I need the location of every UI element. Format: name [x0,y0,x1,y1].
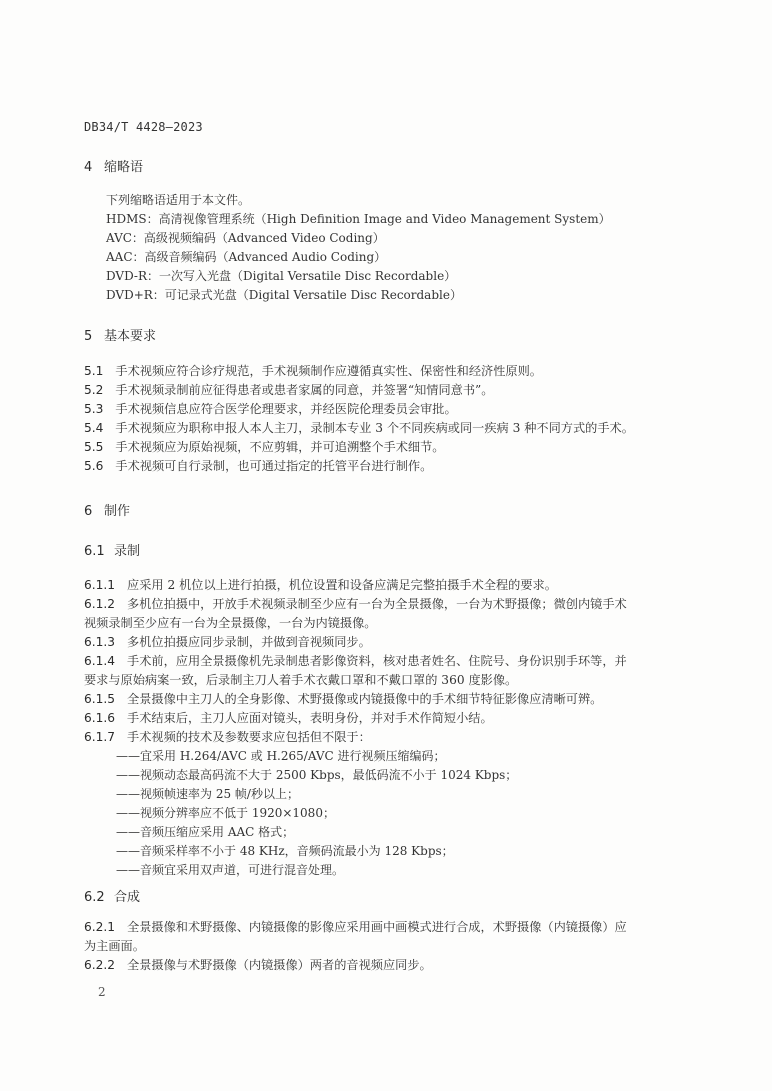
clause-6-2-2: 6.2.2全景摄像与术野摄像（内镜摄像）两者的音视频应同步。 [84,956,432,973]
abbreviation-item: DVD-R：一次写入光盘（Digital Versatile Disc Reco… [106,268,456,284]
clause-6-1-5: 6.1.5全景摄像中主刀人的全身影像、术野摄像或内镜摄像中的手术细节特征影像应清… [84,690,602,707]
clause-6-1-4-continued: 要求与原始病案一致，后录制主刀人着手术衣戴口罩和不戴口罩的 360 度影像。 [84,671,517,688]
tech-requirement-item: ——音频采样率不小于 48 KHz，音频码流最小为 128 Kbps； [116,842,454,859]
section-number: 6 [84,504,104,519]
clause-5-1: 5.1手术视频应符合诊疗规范，手术视频制作应遵循真实性、保密性和经济性原则。 [84,362,542,379]
section-number: 5 [84,329,104,344]
section-number: 4 [84,160,104,175]
document-page: DB34/T 4428—2023 4缩略语 下列缩略语适用于本文件。 HDMS：… [0,0,772,1091]
clause-6-1-4: 6.1.4手术前，应用全景摄像机先录制患者影像资料，核对患者姓名、住院号、身份识… [84,652,627,669]
document-number: DB34/T 4428—2023 [84,120,203,134]
clause-6-2-1: 6.2.1全景摄像和术野摄像、内镜摄像的影像应采用画中画模式进行合成，术野摄像（… [84,918,627,935]
tech-requirement-item: ——音频宜采用双声道，可进行混音处理。 [116,861,344,878]
section-title: 制作 [104,504,130,519]
section-title: 缩略语 [104,160,143,175]
abbreviation-item: AAC：高级音频编码（Advanced Audio Coding） [106,249,386,265]
section-6-heading: 6制作 [84,500,130,519]
clause-6-1-3: 6.1.3多机位拍摄应同步录制，并做到音视频同步。 [84,633,371,650]
section-title: 基本要求 [104,329,156,344]
abbreviation-item: DVD+R：可记录式光盘（Digital Versatile Disc Reco… [106,287,462,303]
subsection-number: 6.2 [84,890,114,905]
clause-5-5: 5.5手术视频应为原始视频，不应剪辑，并可追溯整个手术细节。 [84,438,444,455]
clause-6-1-2-continued: 视频录制至少应有一台为全景摄像，一台为内镜摄像。 [84,614,377,631]
subsection-6-1-heading: 6.1录制 [84,540,140,559]
tech-requirement-item: ——视频分辨率应不低于 1920×1080； [116,804,335,821]
clause-6-1-6: 6.1.6手术结束后，主刀人应面对镜头，表明身份，并对手术作简短小结。 [84,709,493,726]
page-number: 2 [98,985,106,999]
clause-6-1-7: 6.1.7手术视频的技术及参数要求应包括但不限于： [84,728,371,745]
clause-5-3: 5.3手术视频信息应符合医学伦理要求，并经医院伦理委员会审批。 [84,400,457,417]
clause-6-1-1: 6.1.1应采用 2 机位以上进行拍摄，机位设置和设备应满足完整拍摄手术全程的要… [84,576,557,593]
tech-requirement-item: ——宜采用 H.264/AVC 或 H.265/AVC 进行视频压缩编码； [116,747,446,764]
abbreviations-intro: 下列缩略语适用于本文件。 [106,192,250,208]
section-4-heading: 4缩略语 [84,156,143,175]
subsection-title: 合成 [114,890,140,905]
subsection-title: 录制 [114,544,140,559]
section-5-heading: 5基本要求 [84,325,156,344]
clause-6-1-2: 6.1.2多机位拍摄中，开放手术视频录制至少应有一台为全景摄像，一台为术野摄像；… [84,595,627,612]
abbreviation-item: HDMS：高清视像管理系统（High Definition Image and … [106,211,611,227]
clause-6-2-1-continued: 为主画面。 [84,937,145,954]
clause-5-2: 5.2手术视频录制前应征得患者或患者家属的同意，并签署“知情同意书”。 [84,381,493,398]
abbreviation-item: AVC：高级视频编码（Advanced Video Coding） [106,230,385,246]
tech-requirement-item: ——视频动态最高码流不大于 2500 Kbps，最低码流不小于 1024 Kbp… [116,766,517,783]
tech-requirement-item: ——音频压缩应采用 AAC 格式； [116,823,294,840]
clause-5-6: 5.6手术视频可自行录制，也可通过指定的托管平台进行制作。 [84,457,432,474]
subsection-6-2-heading: 6.2合成 [84,886,140,905]
tech-requirement-item: ——视频帧速率为 25 帧/秒以上； [116,785,299,802]
clause-5-4: 5.4手术视频应为职称申报人本人主刀，录制本专业 3 个不同疾病或同一疾病 3 … [84,419,634,436]
subsection-number: 6.1 [84,544,114,559]
